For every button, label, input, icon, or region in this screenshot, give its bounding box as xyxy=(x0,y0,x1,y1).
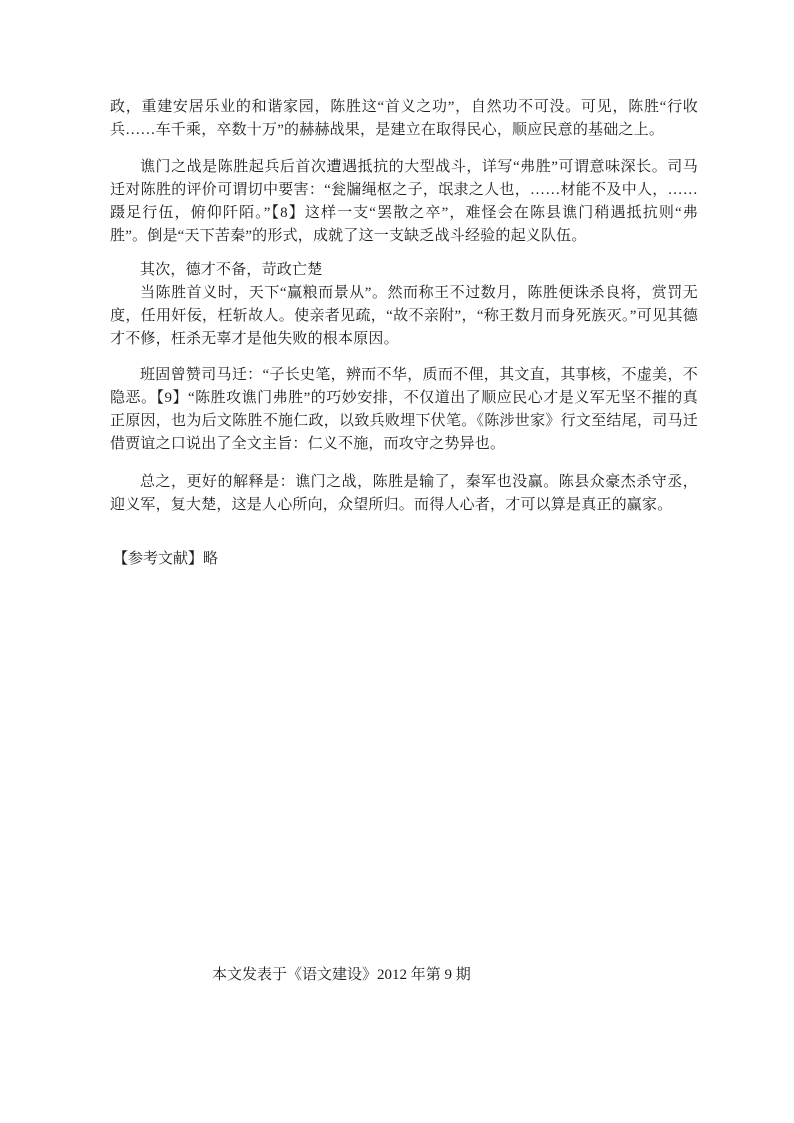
paragraph-qiaomen-battle: 谯门之战是陈胜起兵后首次遭遇抵抗的大型战斗，详写“弗胜”可谓意味深长。司马迁对陈… xyxy=(110,156,698,248)
document-page: 政，重建安居乐业的和谐家园，陈胜这“首义之功”，自然功不可没。可见，陈胜“行收兵… xyxy=(0,0,794,1123)
paragraph-continuation: 政，重建安居乐业的和谐家园，陈胜这“首义之功”，自然功不可没。可见，陈胜“行收兵… xyxy=(110,96,698,142)
publication-note: 本文发表于《语文建设》2012 年第 9 期 xyxy=(212,964,471,987)
references-line: 【参考文献】略 xyxy=(113,548,218,571)
paragraph-bangu-comment: 班固曾赞司马迁：“子长史笔，辨而不华，质而不俚，其文直，其事核，不虚美，不隐恶。… xyxy=(110,364,698,456)
paragraph-decai-bubei: 当陈胜首义时，天下“赢粮而景从”。然而称王不过数月，陈胜便诛杀良将，赏罚无度，任… xyxy=(110,282,698,351)
paragraph-conclusion: 总之，更好的解释是：谯门之战，陈胜是输了，秦军也没赢。陈县众豪杰杀守丞，迎义军，… xyxy=(110,471,698,517)
section-heading-line: 其次，德才不备，苛政亡楚 xyxy=(110,259,698,282)
